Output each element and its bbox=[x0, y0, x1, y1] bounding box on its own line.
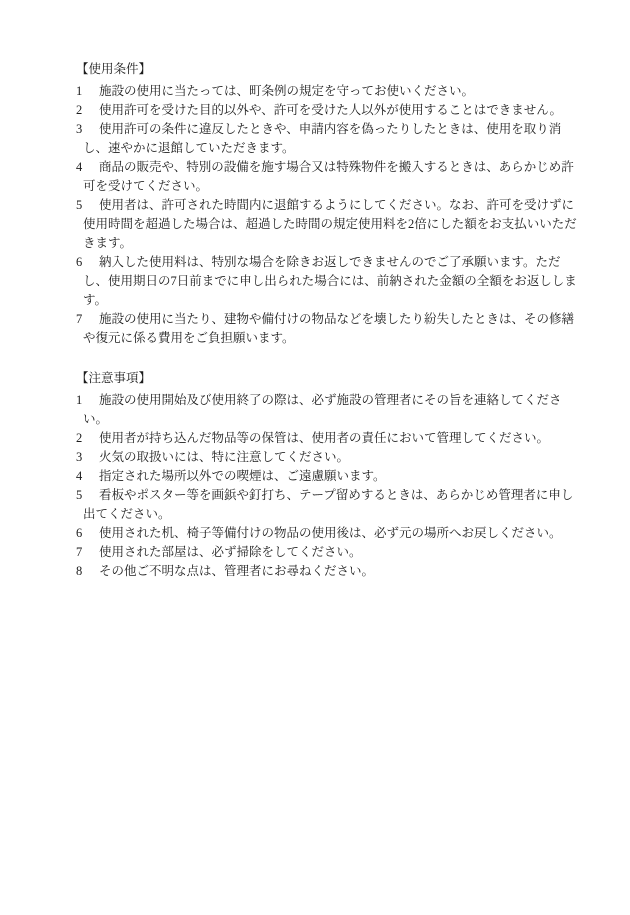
item-number: 5 bbox=[76, 486, 99, 505]
list-item: 3使用許可の条件に違反したときや、申請内容を偽ったりしたときは、使用を取り消 し… bbox=[76, 120, 599, 158]
list-item: 1施設の使用に当たっては、町条例の規定を守ってお使いください。 bbox=[76, 82, 599, 101]
item-text: 納入した使用料は、特別な場合を除きお返しできませんのでご了承願います。ただ し、… bbox=[83, 255, 577, 307]
list-item: 5使用者は、許可された時間内に退館するようにしてください。なお、許可を受けずに … bbox=[76, 196, 599, 253]
item-text: 指定された場所以外での喫煙は、ご遠慮願います。 bbox=[99, 469, 386, 483]
item-text: 使用者は、許可された時間内に退館するようにしてください。なお、許可を受けずに 使… bbox=[83, 198, 577, 250]
item-number: 7 bbox=[76, 543, 99, 562]
list-item: 7施設の使用に当たり、建物や備付けの物品などを壊したり紛失したときは、その修繕 … bbox=[76, 310, 599, 348]
item-text: 施設の使用に当たり、建物や備付けの物品などを壊したり紛失したときは、その修繕 や… bbox=[83, 312, 574, 345]
item-number: 1 bbox=[76, 391, 99, 410]
list-item: 6納入した使用料は、特別な場合を除きお返しできませんのでご了承願います。ただ し… bbox=[76, 253, 599, 310]
item-number: 3 bbox=[76, 120, 99, 139]
item-text: 使用された部屋は、必ず掃除をしてください。 bbox=[99, 545, 362, 559]
item-number: 4 bbox=[76, 467, 99, 486]
section-precautions: 【注意事項】 1施設の使用開始及び使用終了の際は、必ず施設の管理者にその旨を連絡… bbox=[76, 369, 600, 581]
item-text: 施設の使用に当たっては、町条例の規定を守ってお使いください。 bbox=[99, 84, 474, 98]
item-number: 7 bbox=[76, 310, 99, 329]
list-item: 1施設の使用開始及び使用終了の際は、必ず施設の管理者にその旨を連絡してくださ い… bbox=[76, 391, 599, 429]
list-item: 7使用された部屋は、必ず掃除をしてください。 bbox=[76, 543, 599, 562]
list-item: 4指定された場所以外での喫煙は、ご遠慮願います。 bbox=[76, 467, 599, 486]
item-number: 5 bbox=[76, 196, 99, 215]
item-text: 施設の使用開始及び使用終了の際は、必ず施設の管理者にその旨を連絡してくださ い。 bbox=[83, 393, 562, 426]
item-text: 商品の販売や、特別の設備を施す場合又は特殊物件を搬入するときは、あらかじめ許 可… bbox=[83, 160, 574, 193]
item-number: 3 bbox=[76, 448, 99, 467]
item-text: その他ご不明な点は、管理者にお尋ねください。 bbox=[99, 564, 374, 578]
item-text: 使用された机、椅子等備付けの物品の使用後は、必ず元の場所へお戻しください。 bbox=[99, 526, 562, 540]
item-text: 看板やポスター等を画鋲や釘打ち、テープ留めするときは、あらかじめ管理者に申し 出… bbox=[83, 488, 573, 521]
list-item: 6使用された机、椅子等備付けの物品の使用後は、必ず元の場所へお戻しください。 bbox=[76, 524, 599, 543]
item-text: 使用許可の条件に違反したときや、申請内容を偽ったりしたときは、使用を取り消 し、… bbox=[83, 122, 561, 155]
item-number: 6 bbox=[76, 253, 99, 272]
list-item: 3火気の取扱いには、特に注意してください。 bbox=[76, 448, 599, 467]
item-number: 6 bbox=[76, 524, 99, 543]
section-title: 【使用条件】 bbox=[76, 60, 600, 79]
list-item: 4商品の販売や、特別の設備を施す場合又は特殊物件を搬入するときは、あらかじめ許 … bbox=[76, 158, 599, 196]
list-item: 2使用許可を受けた目的以外や、許可を受けた人以外が使用することはできません。 bbox=[76, 101, 599, 120]
item-text: 使用者が持ち込んだ物品等の保管は、使用者の責任において管理してください。 bbox=[99, 431, 549, 445]
list-item: 2使用者が持ち込んだ物品等の保管は、使用者の責任において管理してください。 bbox=[76, 429, 599, 448]
document-page: 【使用条件】 1施設の使用に当たっては、町条例の規定を守ってお使いください。 2… bbox=[0, 0, 630, 915]
item-text: 火気の取扱いには、特に注意してください。 bbox=[99, 450, 349, 464]
section-title: 【注意事項】 bbox=[76, 369, 600, 388]
item-number: 2 bbox=[76, 429, 99, 448]
item-number: 8 bbox=[76, 562, 99, 581]
item-text: 使用許可を受けた目的以外や、許可を受けた人以外が使用することはできません。 bbox=[99, 103, 562, 117]
item-number: 1 bbox=[76, 82, 99, 101]
item-number: 4 bbox=[76, 158, 99, 177]
item-number: 2 bbox=[76, 101, 99, 120]
section-usage-conditions: 【使用条件】 1施設の使用に当たっては、町条例の規定を守ってお使いください。 2… bbox=[76, 60, 600, 348]
list-item: 8その他ご不明な点は、管理者にお尋ねください。 bbox=[76, 562, 599, 581]
list-item: 5看板やポスター等を画鋲や釘打ち、テープ留めするときは、あらかじめ管理者に申し … bbox=[76, 486, 599, 524]
